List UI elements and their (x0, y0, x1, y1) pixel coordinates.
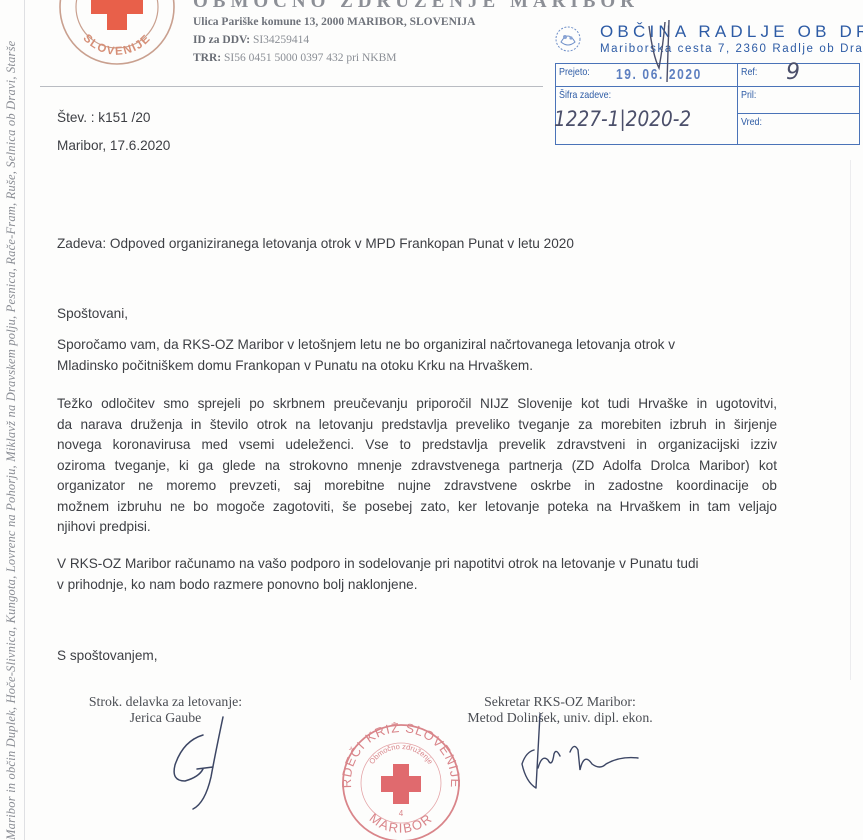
paragraph-line: Sporočamo vam, da RKS-OZ Maribor v letoš… (57, 335, 777, 356)
paragraph-line: novega koronavirusa med vsemi udeleženci… (57, 435, 777, 456)
trr-label: TRR: (193, 52, 221, 64)
municipality-crest-icon (553, 24, 583, 54)
paragraph-3: V RKS-OZ Maribor računamo na vašo podpor… (57, 554, 777, 595)
paragraph-2: Težko odločitev smo sprejeli po skrbnem … (57, 394, 777, 538)
svg-text:Območno združenje: Območno združenje (367, 742, 435, 766)
case-code-label: Šifra zadeve: (559, 89, 611, 101)
subject-line: Zadeva: Odpoved organiziranega letovanja… (57, 236, 574, 251)
vat-value: SI34259414 (253, 34, 309, 46)
red-cross-seal-icon: RDEČI KRIŽ SLOVENIJE Območno združenje 4… (340, 722, 462, 840)
paragraph-line: Težko odločitev smo sprejeli po skrbnem … (57, 394, 777, 415)
trr-value: SI56 0451 5000 0397 432 pri NKBM (224, 52, 397, 64)
attachments-label: Pril: (741, 89, 756, 101)
letterhead-vat: ID za DDV: SI34259414 (193, 34, 309, 46)
sidebar-rule (24, 0, 25, 840)
vat-label: ID za DDV: (193, 34, 250, 46)
organization-name: OBMOČNO ZDRUŽENJE MARIBOR (193, 0, 639, 13)
scan-edge-line (850, 160, 851, 680)
stamp-title: OBČINA RADLJE OB DRAVI (600, 22, 863, 42)
paragraph-line: organizator ne moremo prevzeti, saj more… (57, 476, 777, 497)
signature-right-icon (508, 712, 648, 792)
place-date: Maribor, 17.6.2020 (57, 138, 170, 153)
paragraph-line: oziroma tveganje, ki ga glede na strokov… (57, 456, 777, 477)
paragraph-1: Sporočamo vam, da RKS-OZ Maribor v letoš… (57, 335, 777, 376)
paragraph-line: v prihodnje, ko nam bodo razmere ponovno… (57, 575, 777, 596)
svg-text:4: 4 (399, 809, 404, 818)
header-divider (40, 86, 543, 87)
red-cross-logo-icon: SLOVENIJE (58, 0, 176, 66)
sidebar-municipalities-text: Maribor in občin Duplek, Hoče-Slivnica, … (4, 0, 19, 840)
ref-label: Ref: (741, 66, 757, 78)
letterhead-address: Ulica Pariške komune 13, 2000 MARIBOR, S… (193, 16, 475, 28)
signer-role: Strok. delavka za letovanje: (58, 694, 273, 710)
paragraph-line: njihovi predpisi. (57, 517, 777, 538)
received-label: Prejeto: (559, 66, 590, 78)
attachments-cell: Pril: (738, 87, 860, 114)
paragraph-line: možnem izbruhu ne bo mogoče zagotoviti, … (57, 497, 777, 518)
salutation: Spoštovani, (57, 306, 128, 321)
paragraph-line: V RKS-OZ Maribor računamo na vašo podpor… (57, 554, 777, 575)
svg-text:SLOVENIJE: SLOVENIJE (81, 32, 154, 58)
signature-left-icon (165, 715, 235, 815)
scanned-letter: Maribor in občin Duplek, Hoče-Slivnica, … (0, 0, 863, 840)
signer-role: Sekretar RKS-OZ Maribor: (440, 694, 680, 710)
received-stamp: OBČINA RADLJE OB DRAVI Mariborska cesta … (553, 20, 863, 160)
stamp-address: Mariborska cesta 7, 2360 Radlje ob Dravi (600, 43, 863, 55)
letter-number: Štev. : k151 /20 (57, 110, 150, 125)
stamp-table: Prejeto: 19. 06. 2020 Ref: 9 Šifra zadev… (555, 63, 860, 145)
ref-handwritten: 9 (786, 60, 800, 85)
paragraph-line: da narava druženja in število otrok na l… (57, 415, 777, 436)
handwritten-initials-icon (643, 16, 683, 86)
paragraph-line: Mladinsko počitniškem domu Frankopan v P… (57, 356, 777, 377)
letterhead-trr: TRR: SI56 0451 5000 0397 432 pri NKBM (193, 52, 397, 64)
case-code-handwritten: 1227-1|2020-2 (554, 107, 691, 131)
closing: S spoštovanjem, (57, 648, 158, 663)
case-code-cell: Šifra zadeve: 1227-1|2020-2 (556, 87, 738, 145)
ref-cell: Ref: 9 (738, 64, 860, 87)
value-label: Vred: (741, 116, 762, 128)
value-cell: Vred: (738, 114, 860, 145)
